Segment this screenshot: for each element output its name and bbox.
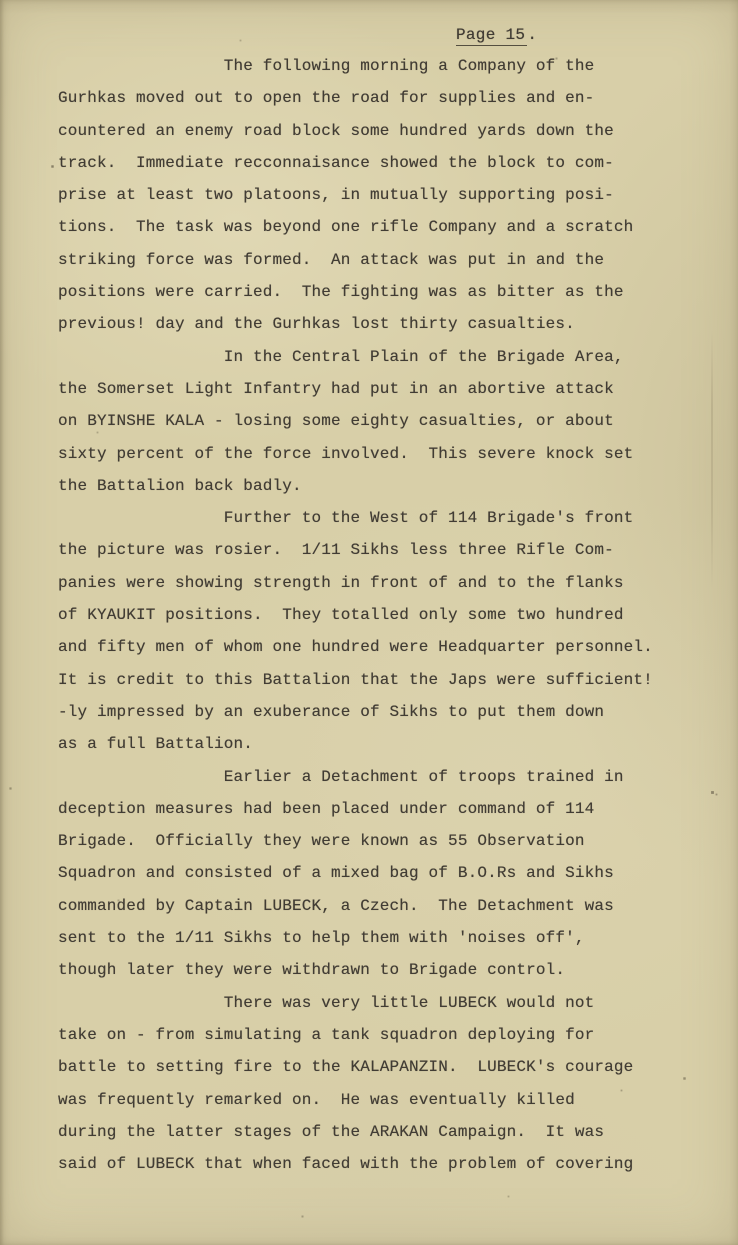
text-line: sixty percent of the force involved. Thi… bbox=[58, 438, 698, 470]
text-line: the Somerset Light Infantry had put in a… bbox=[58, 373, 698, 405]
text-line: of KYAUKIT positions. They totalled only… bbox=[58, 599, 698, 631]
page-number-heading: Page 15. bbox=[456, 26, 537, 44]
text-line: was frequently remarked on. He was event… bbox=[58, 1084, 698, 1116]
text-line: on BYINSHE KALA - losing some eighty cas… bbox=[58, 405, 698, 437]
text-line: Squadron and consisted of a mixed bag of… bbox=[58, 857, 698, 889]
text-line: take on - from simulating a tank squadro… bbox=[58, 1019, 698, 1051]
text-line: tions. The task was beyond one rifle Com… bbox=[58, 211, 698, 243]
text-line: Earlier a Detachment of troops trained i… bbox=[58, 761, 698, 793]
text-line: In the Central Plain of the Brigade Area… bbox=[58, 341, 698, 373]
text-line: Gurhkas moved out to open the road for s… bbox=[58, 82, 698, 114]
text-line: Further to the West of 114 Brigade's fro… bbox=[58, 502, 698, 534]
text-line: though later they were withdrawn to Brig… bbox=[58, 954, 698, 986]
text-line: deception measures had been placed under… bbox=[58, 793, 698, 825]
document-body: The following morning a Company of theGu… bbox=[58, 50, 698, 1180]
text-line: countered an enemy road block some hundr… bbox=[58, 115, 698, 147]
text-line: battle to setting fire to the KALAPANZIN… bbox=[58, 1051, 698, 1083]
text-line: the picture was rosier. 1/11 Sikhs less … bbox=[58, 534, 698, 566]
text-line: prise at least two platoons, in mutually… bbox=[58, 179, 698, 211]
text-line: striking force was formed. An attack was… bbox=[58, 244, 698, 276]
text-line: as a full Battalion. bbox=[58, 728, 698, 760]
text-line: said of LUBECK that when faced with the … bbox=[58, 1148, 698, 1180]
text-line: The following morning a Company of the bbox=[58, 50, 698, 82]
text-line: Brigade. Officially they were known as 5… bbox=[58, 825, 698, 857]
page-number-period: . bbox=[527, 26, 537, 44]
text-line: the Battalion back badly. bbox=[58, 470, 698, 502]
document-page: Page 15. The following morning a Company… bbox=[0, 0, 738, 1245]
paper-dust-specks bbox=[0, 0, 1, 1]
text-line: It is credit to this Battalion that the … bbox=[58, 664, 698, 696]
text-line: during the latter stages of the ARAKAN C… bbox=[58, 1116, 698, 1148]
text-line: and fifty men of whom one hundred were H… bbox=[58, 631, 698, 663]
page-number-text: Page 15 bbox=[456, 26, 527, 46]
text-line: There was very little LUBECK would not bbox=[58, 987, 698, 1019]
text-line: track. Immediate recconnaisance showed t… bbox=[58, 147, 698, 179]
text-line: -ly impressed by an exuberance of Sikhs … bbox=[58, 696, 698, 728]
text-line: positions were carried. The fighting was… bbox=[58, 276, 698, 308]
paper-crease bbox=[711, 330, 713, 590]
text-line: commanded by Captain LUBECK, a Czech. Th… bbox=[58, 890, 698, 922]
text-line: panies were showing strength in front of… bbox=[58, 567, 698, 599]
text-line: sent to the 1/11 Sikhs to help them with… bbox=[58, 922, 698, 954]
text-line: previous! day and the Gurhkas lost thirt… bbox=[58, 308, 698, 340]
